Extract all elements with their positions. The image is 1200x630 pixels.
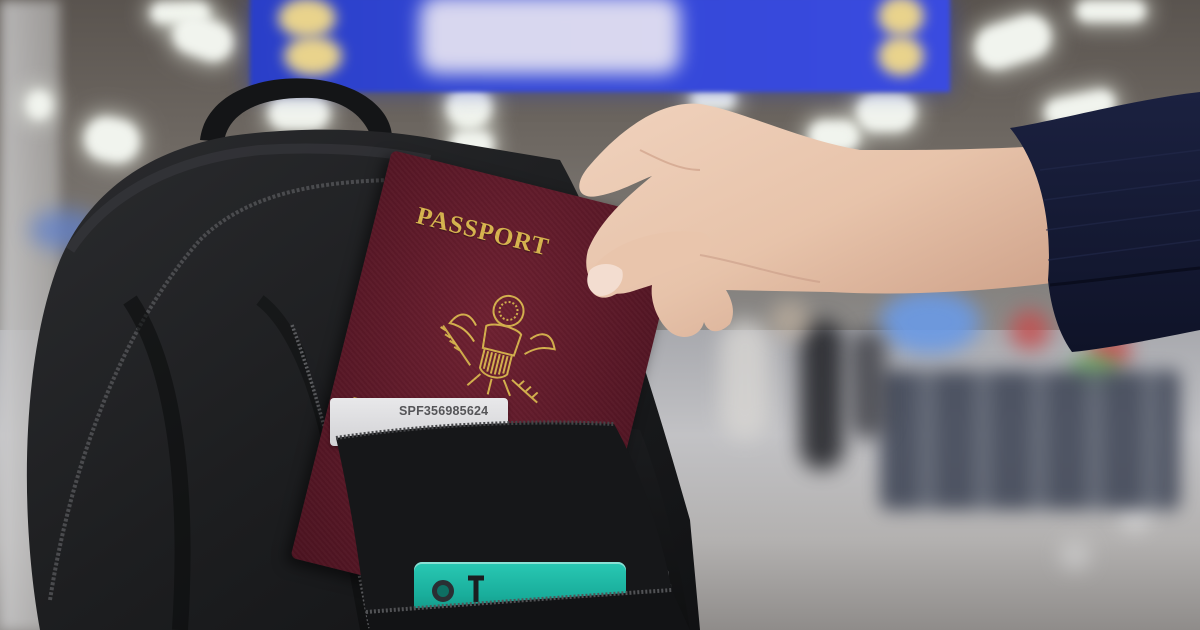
hand (0, 0, 1200, 630)
photo-scene: PASSPORT PASS SPF356985624 (0, 0, 1200, 630)
